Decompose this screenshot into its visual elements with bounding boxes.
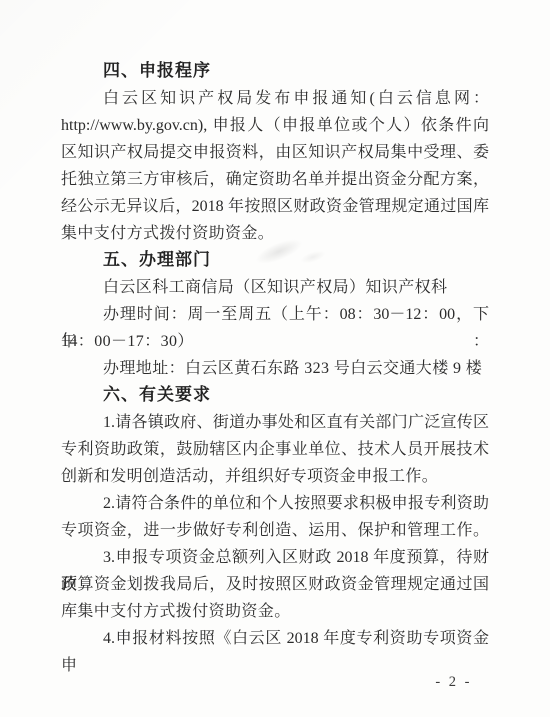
document-line: 区知识产权局提交申报资料，由区知识产权局集中受理、委 xyxy=(61,139,489,166)
document-line: 白云区科工商信局（区知识产权局）知识产权科 xyxy=(61,274,489,301)
document-line: http://www.by.gov.cn), 申报人（申报单位或个人）依条件向 xyxy=(61,112,489,139)
document-line: 办理地址：白云区黄石东路 323 号白云交通大楼 9 楼 xyxy=(61,355,489,382)
document-line: 4.申报材料按照《白云区 2018 年度专利资助专项资金申 xyxy=(61,625,489,652)
document-line: 1.请各镇政府、街道办事处和区直有关部门广泛宣传区 xyxy=(61,409,489,436)
document-text-block: 四、申报程序 白云区知识产权局发布申报通知(白云信息网： http://www.… xyxy=(61,58,489,652)
page-number: - 2 - xyxy=(435,674,472,691)
document-line: 专项资金，进一步做好专利创造、运用、保护和管理工作。 xyxy=(61,517,489,544)
document-line: 办理时间：周一至周五（上午：08：30－12：00，下午： xyxy=(61,301,489,328)
section-heading-5: 五、办理部门 xyxy=(61,247,489,274)
document-line: 托独立第三方审核后，确定资助名单并提出资金分配方案， xyxy=(61,166,489,193)
document-line: 白云区知识产权局发布申报通知(白云信息网： xyxy=(61,85,489,112)
document-line: 2.请符合条件的单位和个人按照要求积极申报专利资助 xyxy=(61,490,489,517)
section-heading-6: 六、有关要求 xyxy=(61,382,489,409)
document-line: 库集中支付方式拨付资助资金。 xyxy=(61,598,489,625)
document-line: 预算资金划拨我局后，及时按照区财政资金管理规定通过国 xyxy=(61,571,489,598)
section-heading-4: 四、申报程序 xyxy=(61,58,489,85)
document-line: 集中支付方式拨付资助资金。 xyxy=(61,220,489,247)
scanned-document-page: 四、申报程序 白云区知识产权局发布申报通知(白云信息网： http://www.… xyxy=(0,0,550,717)
document-line: 3.申报专项资金总额列入区财政 2018 年度预算，待财政 xyxy=(61,544,489,571)
document-line: 专利资助政策，鼓励辖区内企事业单位、技术人员开展技术 xyxy=(61,436,489,463)
document-line: 经公示无异议后，2018 年按照区财政资金管理规定通过国库 xyxy=(61,193,489,220)
document-line: 创新和发明创造活动，并组织好专项资金申报工作。 xyxy=(61,463,489,490)
